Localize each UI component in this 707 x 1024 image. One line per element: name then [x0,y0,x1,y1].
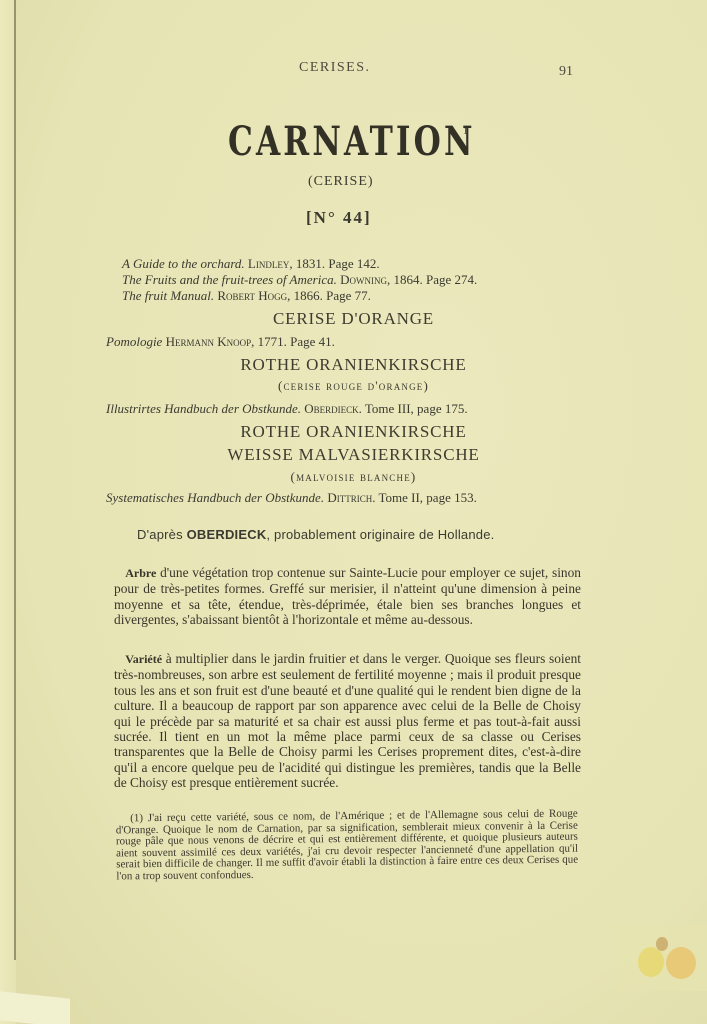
reference-line: The Fruits and the fruit-trees of Americ… [122,272,477,288]
page-edge-divider [14,0,16,960]
variety-number: [N° 44] [306,208,372,228]
reference-author: Dittrich [327,490,372,505]
reference-author: Lindley [248,256,289,271]
reference-line: Systematisches Handbuch der Obstkunde. D… [106,490,477,506]
reference-line: Pomologie Hermann Knoop, 1771. Page 41. [106,334,335,350]
reference-work: Illustrirtes Handbuch der Obstkunde. [106,401,301,416]
origin-author: OBERDIECK [187,527,267,542]
fruit-icon [666,947,696,979]
synonym-heading: CERISE D'ORANGE [8,309,699,329]
synonym-heading: ROTHE ORANIENKIRSCHE [8,355,699,375]
tree-paragraph: Arbre d'une végétation trop contenue sur… [114,565,581,628]
library-stamp [616,925,707,991]
paragraph-lead: Variété [125,652,162,666]
leaf-icon [656,937,668,951]
synonym-heading-2: WEISSE MALVASIERKIRSCHE [8,445,699,465]
book-page: CERISES. 91 CARNATION 1 (CERISE) [N° 44]… [16,0,707,1024]
reference-detail: , 1771. Page 41. [251,334,335,349]
reference-detail: , 1866. Page 77. [287,288,371,303]
footnote-text: J'ai reçu cette variété, sous ce nom, de… [116,808,578,883]
reference-work: Systematisches Handbuch der Obstkunde. [106,490,324,505]
synonym-translation: (malvoisie blanche) [8,469,699,485]
reference-detail: , 1831. Page 142. [289,256,379,271]
synonym-heading: ROTHE ORANIENKIRSCHE [8,422,699,442]
paragraph-text: à multiplier dans le jardin fruitier et … [114,651,581,790]
reference-detail: , 1864. Page 274. [387,272,477,287]
reference-author: Hermann Knoop [166,334,252,349]
reference-author: Robert Hogg [217,288,287,303]
footnote: (1) J'ai reçu cette variété, sous ce nom… [116,809,579,883]
reference-work: Pomologie [106,334,162,349]
reference-author: Oberdieck [304,401,358,416]
footnote-marker: (1) [130,812,143,824]
reference-line: The fruit Manual. Robert Hogg, 1866. Pag… [122,288,371,304]
reference-detail: . Tome II, page 153. [372,490,477,505]
origin-statement: D'après OBERDIECK, probablement originai… [137,527,494,542]
page-number: 91 [559,64,573,80]
reference-work: The fruit Manual. [122,288,214,303]
reference-work: The Fruits and the fruit-trees of Americ… [122,272,337,287]
variety-subtitle: (CERISE) [308,174,374,190]
reference-detail: . Tome III, page 175. [359,401,468,416]
variety-title: CARNATION [228,118,476,165]
synonym-translation: (cerise rouge d'orange) [8,378,699,394]
paragraph-text: d'une végétation trop contenue sur Saint… [114,565,581,627]
reference-line: A Guide to the orchard. Lindley, 1831. P… [122,256,380,272]
title-footnote-marker: 1 [463,126,468,137]
running-head: CERISES. [299,60,371,76]
paragraph-lead: Arbre [125,566,156,580]
reference-line: Illustrirtes Handbuch der Obstkunde. Obe… [106,401,468,417]
variety-paragraph: Variété à multiplier dans le jardin frui… [114,651,581,791]
fruit-icon [638,947,664,977]
reference-work: A Guide to the orchard. [122,256,245,271]
reference-author: Downing [340,272,387,287]
